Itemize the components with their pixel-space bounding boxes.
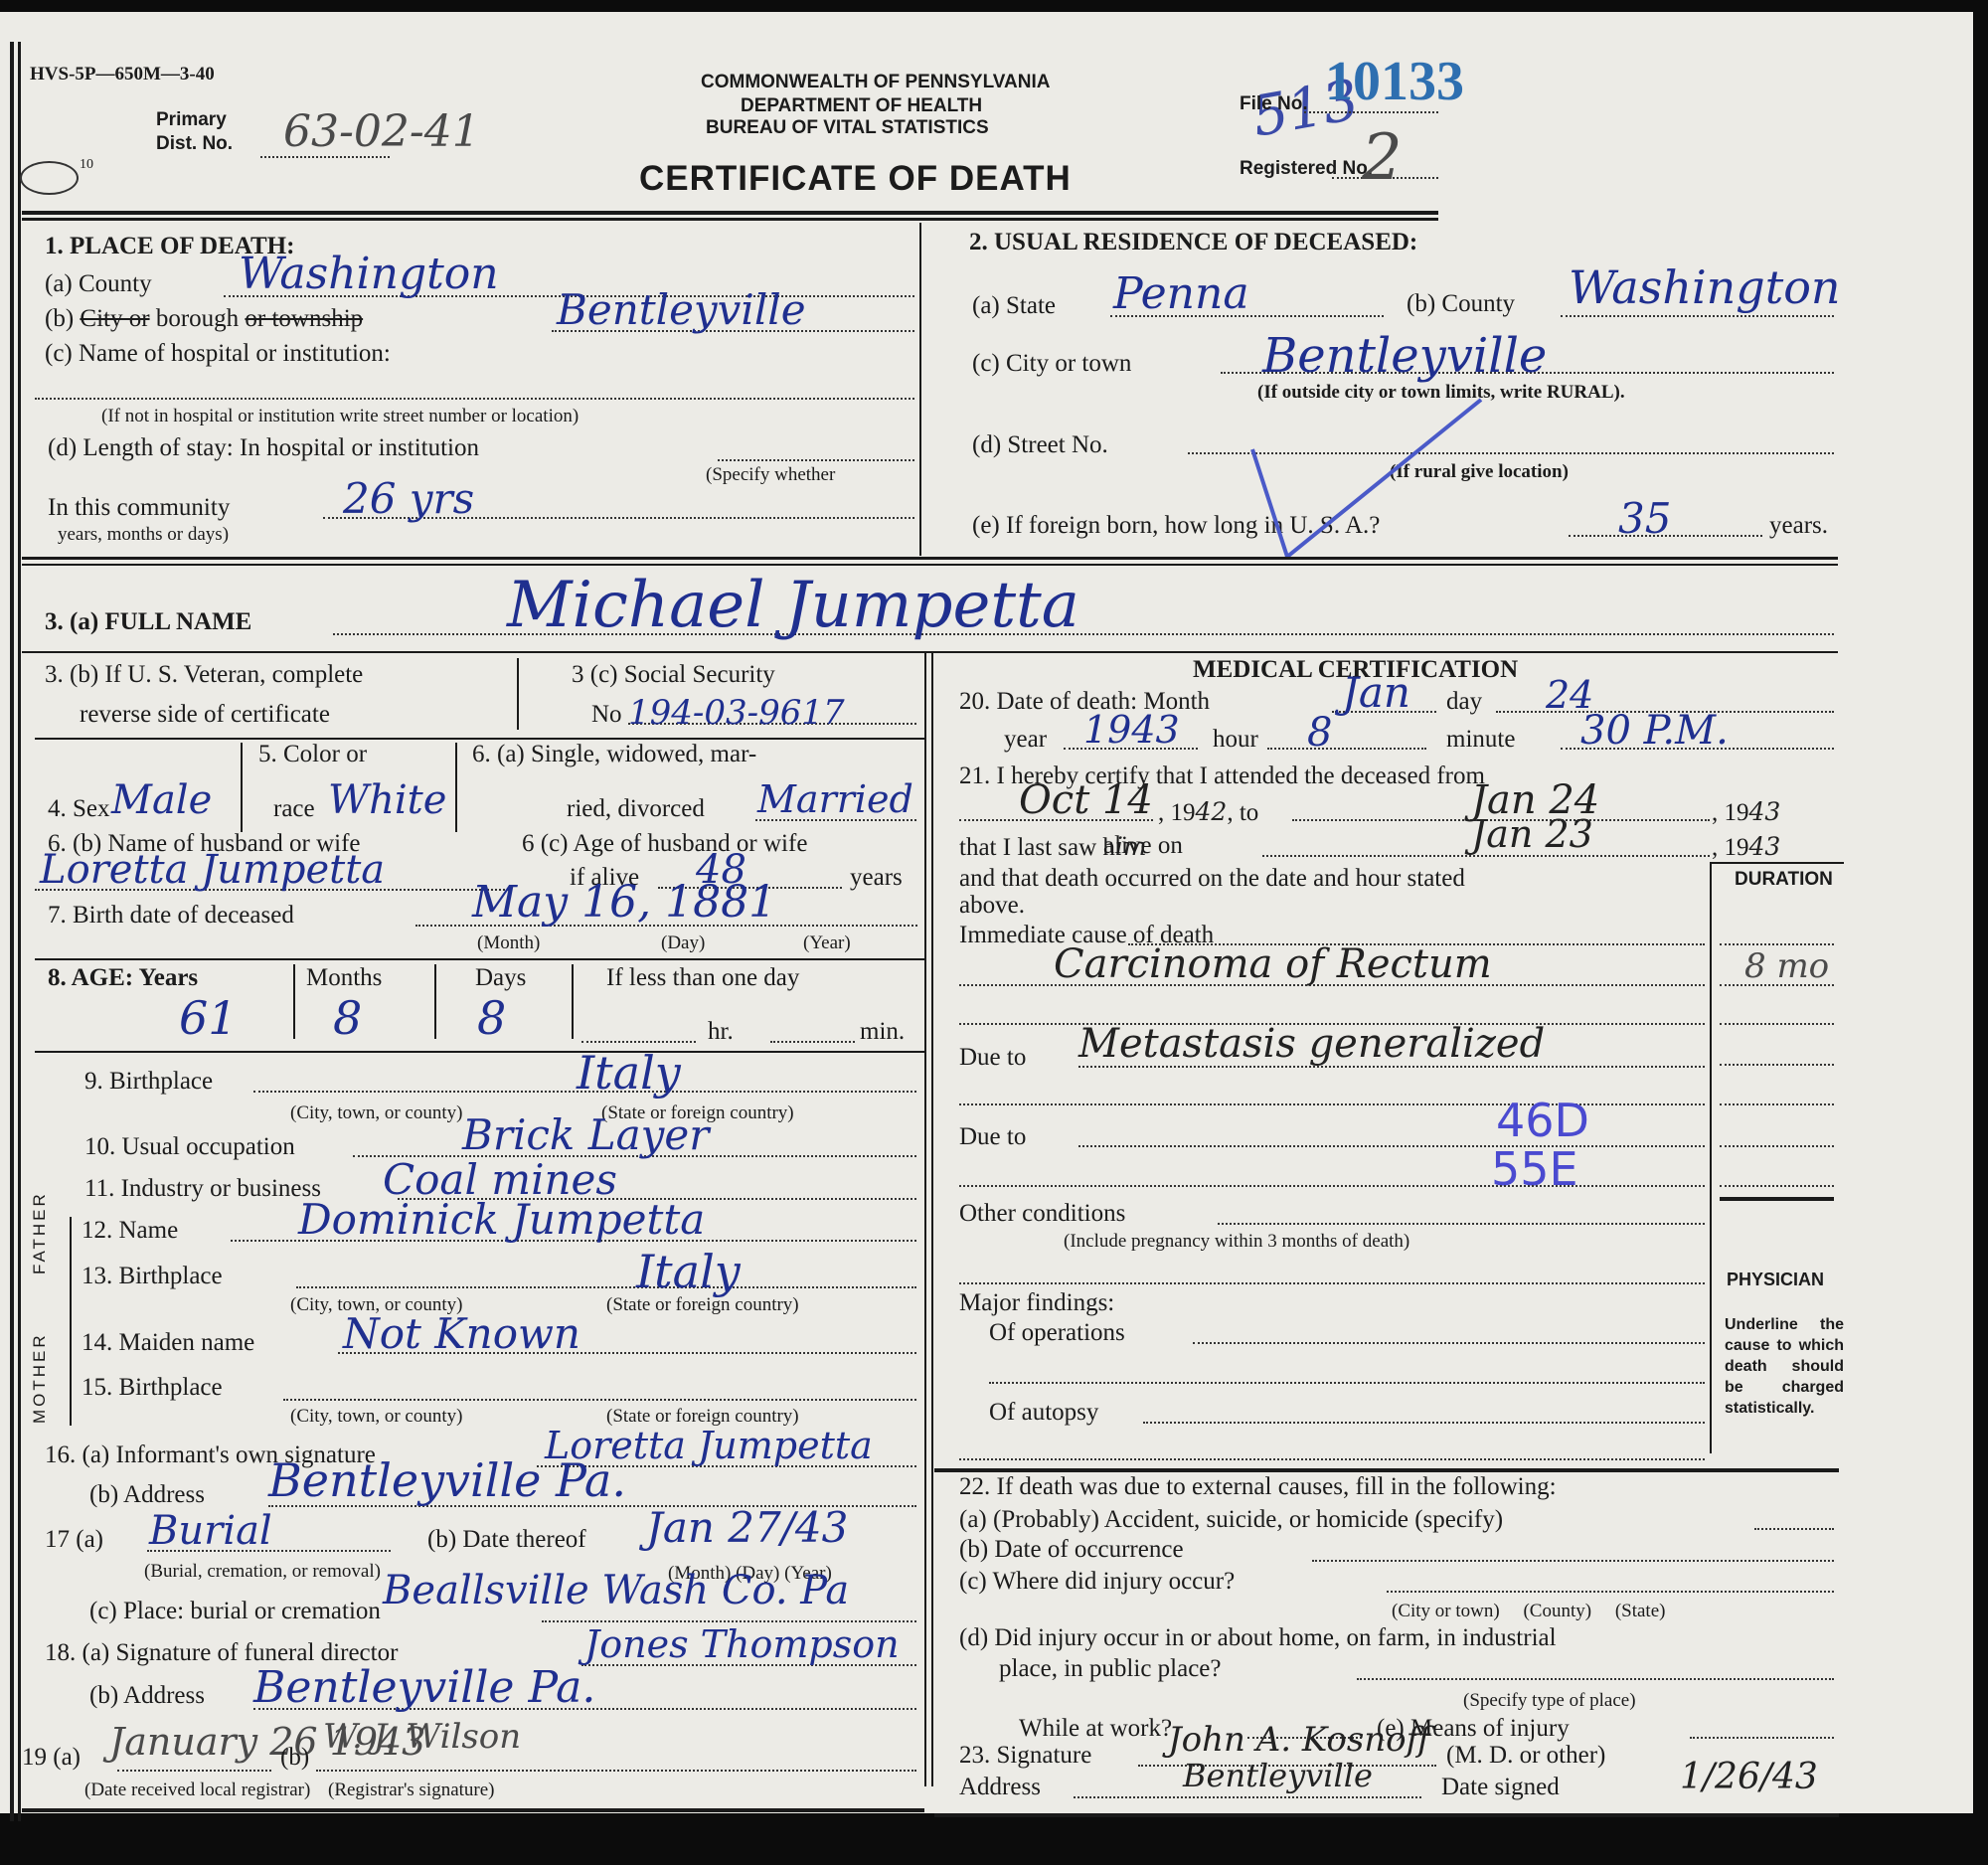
- death-minute-label: minute: [1446, 726, 1515, 754]
- birthplace-value: Italy: [577, 1046, 681, 1100]
- disposition-value: Burial: [149, 1508, 272, 1554]
- day-note: (Day): [661, 932, 705, 954]
- funeral-address-value: Bentleyville Pa.: [253, 1662, 595, 1713]
- cause-code-1: 46D: [1496, 1094, 1589, 1147]
- ssn-value: 194-03-9617: [628, 693, 845, 733]
- birthplace-city-note: (City, town, or county): [290, 1102, 462, 1124]
- death-hour-label: hour: [1213, 726, 1258, 754]
- funeral-director-signature: Jones Thompson: [584, 1622, 900, 1666]
- dist-label: Dist. No.: [156, 133, 233, 155]
- mother-maiden-value: Not Known: [343, 1309, 580, 1358]
- marital-value: Married: [757, 777, 913, 821]
- sex-value: Male: [111, 777, 212, 823]
- physician-note: Underline the cause to which death shoul…: [1725, 1314, 1844, 1419]
- above-text: above.: [959, 892, 1025, 920]
- due-to-value-1: Metastasis generalized: [1078, 1021, 1545, 1067]
- father-name-label: 12. Name: [82, 1217, 178, 1245]
- physician-address-value: Bentleyville: [1183, 1757, 1373, 1794]
- stay-label: (d) Length of stay: In hospital or insti…: [48, 434, 479, 462]
- community-label: In this community: [48, 494, 230, 522]
- father-name-value: Dominick Jumpetta: [298, 1195, 705, 1244]
- registrar-signature-note: (Registrar's signature): [328, 1780, 495, 1801]
- disposition-note: (Burial, cremation, or removal): [144, 1561, 381, 1583]
- street-label: (d) Street No.: [972, 431, 1108, 459]
- father-birthplace-value: Italy: [636, 1245, 741, 1298]
- external-a-label: (a) (Probably) Accident, suicide, or hom…: [959, 1506, 1503, 1534]
- hospital-note: (If not in hospital or institution write…: [101, 406, 579, 427]
- left-border-inner: [18, 42, 21, 1821]
- spouse-name-value: Loretta Jumpetta: [40, 847, 385, 893]
- other-conditions-label: Other conditions: [959, 1200, 1125, 1228]
- check-mark-icon: [1242, 390, 1491, 559]
- form-code: HVS-5P—650M—3-40: [30, 64, 215, 85]
- father-state-note: (State or foreign country): [606, 1294, 799, 1316]
- spouse-age-label: 6 (c) Age of husband or wife: [522, 830, 807, 858]
- age-years-value: 61: [179, 991, 238, 1045]
- due-to-label-1: Due to: [959, 1044, 1026, 1072]
- union-number: 10: [80, 157, 93, 173]
- agency-line-2: DEPARTMENT OF HEALTH: [741, 95, 982, 117]
- autopsy-label: Of autopsy: [989, 1399, 1098, 1427]
- major-findings-label: Major findings:: [959, 1289, 1114, 1317]
- attended-from-value: Oct 14: [1019, 777, 1153, 823]
- attended-to-year: , 1943: [1712, 797, 1780, 827]
- md-label: (M. D. or other): [1446, 1742, 1605, 1770]
- burial-place-value: Beallsville Wash Co. Pa: [383, 1568, 849, 1613]
- alive-on-label: alive on: [1103, 832, 1183, 860]
- registrar-signature: W. J. Wilson: [323, 1717, 521, 1757]
- less-than-day-label: If less than one day: [606, 964, 799, 992]
- date-signed-value: 1/26/43: [1680, 1757, 1818, 1797]
- death-year-value: 1943: [1083, 708, 1180, 752]
- agency-line-1: COMMONWEALTH OF PENNSYLVANIA: [701, 72, 1050, 93]
- physician-signature-label: 23. Signature: [959, 1742, 1091, 1770]
- birthplace-label: 9. Birthplace: [84, 1068, 213, 1096]
- mother-birthplace-label: 15. Birthplace: [82, 1374, 223, 1402]
- age-days-value: 8: [477, 991, 506, 1045]
- specify-note: (Specify whether: [706, 464, 835, 486]
- mother-maiden-label: 14. Maiden name: [82, 1329, 254, 1357]
- immediate-cause-value: Carcinoma of Rectum: [1054, 941, 1492, 987]
- race-label: race: [273, 795, 315, 823]
- color-label: 5. Color or: [258, 741, 367, 768]
- ssn-label: 3 (c) Social Security: [572, 661, 775, 689]
- residence-county-value: Washington: [1569, 260, 1841, 314]
- cause-code-2: 55E: [1491, 1142, 1578, 1196]
- informant-address-label: (b) Address: [89, 1481, 205, 1509]
- external-c-note: (City or town) (County) (State): [1392, 1601, 1665, 1622]
- union-label-seal-icon: [20, 161, 79, 195]
- external-d-line-2: place, in public place?: [999, 1655, 1222, 1683]
- veteran-line-2: reverse side of certificate: [80, 701, 330, 729]
- death-day-label: day: [1446, 688, 1482, 716]
- death-borough-value: Bentleyville: [557, 285, 806, 334]
- external-d-line-1: (d) Did injury occur in or about home, o…: [959, 1624, 1557, 1652]
- city-label: (c) City or town: [972, 350, 1131, 378]
- disposition-date-value: Jan 27/43: [646, 1503, 848, 1552]
- state-label: (a) State: [972, 292, 1056, 320]
- agency-line-3: BUREAU OF VITAL STATISTICS: [706, 117, 989, 139]
- immediate-duration-value: 8 mo: [1744, 946, 1829, 986]
- foreign-years-value: 35: [1618, 494, 1671, 543]
- birth-date-value: May 16, 1881: [472, 877, 776, 928]
- death-minute-value: 30 P.M.: [1580, 708, 1729, 754]
- residence-county-label: (b) County: [1407, 290, 1515, 318]
- marital-line-1: 6. (a) Single, widowed, mar-: [472, 741, 756, 768]
- while-at-work-label: While at work?: [1019, 1715, 1172, 1743]
- father-birthplace-label: 13. Birthplace: [82, 1263, 223, 1290]
- residence-heading: 2. USUAL RESIDENCE OF DECEASED:: [969, 229, 1417, 256]
- sex-label: 4. Sex: [48, 795, 110, 823]
- attended-from-year: , 1942, to: [1158, 797, 1258, 827]
- informant-address-value: Bentleyville Pa.: [268, 1453, 626, 1507]
- last-saw-year: , 1943: [1712, 832, 1780, 862]
- mother-side-label: MOTHER: [30, 1332, 50, 1424]
- due-to-label-2: Due to: [959, 1123, 1026, 1151]
- min-label: min.: [860, 1018, 905, 1046]
- occupation-label: 10. Usual occupation: [84, 1133, 295, 1161]
- burial-place-label: (c) Place: burial or cremation: [89, 1598, 381, 1625]
- physician-signature: John A. Kosnoff: [1168, 1720, 1430, 1760]
- left-border: [10, 42, 14, 1821]
- death-county-value: Washington: [239, 249, 499, 299]
- birth-date-label: 7. Birth date of deceased: [48, 902, 294, 930]
- primary-label: Primary: [156, 109, 227, 131]
- death-certificate: HVS-5P—650M—3-40 Primary Dist. No. 63-02…: [0, 12, 1973, 1813]
- physician-heading: PHYSICIAN: [1727, 1270, 1824, 1290]
- occurred-line: and that death occurred on the date and …: [959, 865, 1465, 893]
- full-name-value: Michael Jumpetta: [507, 569, 1079, 642]
- hospital-label: (c) Name of hospital or institution:: [45, 340, 391, 368]
- age-months-value: 8: [333, 991, 362, 1045]
- disposition-date-label: (b) Date thereof: [427, 1526, 586, 1554]
- disposition-label: 17 (a): [45, 1526, 103, 1554]
- death-year-label: year: [1004, 726, 1047, 754]
- date-signed-label: Date signed: [1441, 1774, 1560, 1801]
- month-note: (Month): [477, 932, 540, 954]
- community-note: years, months or days): [58, 524, 229, 546]
- external-heading: 22. If death was due to external causes,…: [959, 1473, 1557, 1501]
- borough-label: (b) City or borough or township: [45, 305, 363, 333]
- full-name-label: 3. (a) FULL NAME: [45, 608, 251, 636]
- foreign-unit: years.: [1769, 512, 1828, 540]
- other-conditions-note: (Include pregnancy within 3 months of de…: [1064, 1231, 1409, 1253]
- external-c-label: (c) Where did injury occur?: [959, 1568, 1235, 1596]
- funeral-address-label: (b) Address: [89, 1682, 205, 1710]
- veteran-line-1: 3. (b) If U. S. Veteran, complete: [45, 661, 363, 689]
- marital-line-2: ried, divorced: [567, 795, 705, 823]
- external-b-label: (b) Date of occurrence: [959, 1536, 1184, 1564]
- ssn-prefix: No: [591, 701, 622, 729]
- file-label: File No.: [1240, 93, 1308, 115]
- days-label: Days: [475, 964, 526, 992]
- residence-state-value: Penna: [1113, 268, 1249, 319]
- community-value: 26 yrs: [343, 474, 474, 523]
- last-saw-date-value: Jan 23: [1471, 812, 1593, 856]
- death-month-value: Jan: [1342, 668, 1410, 717]
- duration-heading: DURATION: [1735, 869, 1833, 891]
- hr-label: hr.: [708, 1018, 734, 1046]
- industry-label: 11. Industry or business: [84, 1175, 321, 1203]
- year-note: (Year): [803, 932, 851, 954]
- physician-address-label: Address: [959, 1774, 1041, 1801]
- dist-number: 63-02-41: [283, 106, 480, 157]
- mother-city-note: (City, town, or county): [290, 1406, 462, 1428]
- father-side-label: FATHER: [30, 1191, 50, 1274]
- months-label: Months: [306, 964, 382, 992]
- registrar-date-note: (Date received local registrar): [84, 1780, 310, 1801]
- registrar-b-label: (b): [280, 1744, 309, 1772]
- county-label: (a) County: [45, 270, 152, 298]
- external-d-note: (Specify type of place): [1463, 1690, 1636, 1712]
- residence-city-value: Bentleyville: [1262, 328, 1547, 384]
- death-hour-value: 8: [1307, 710, 1332, 756]
- age-label: 8. AGE: Years: [48, 964, 198, 992]
- registrar-prefix: 19 (a): [22, 1744, 81, 1772]
- spouse-age-unit: years: [850, 864, 903, 892]
- registered-number: 2: [1362, 121, 1403, 195]
- operations-label: Of operations: [989, 1319, 1125, 1347]
- race-value: White: [328, 777, 446, 823]
- page-title: CERTIFICATE OF DEATH: [639, 159, 1072, 199]
- occupation-value: Brick Layer: [462, 1110, 709, 1159]
- file-number-stamp: 10133: [1325, 50, 1464, 113]
